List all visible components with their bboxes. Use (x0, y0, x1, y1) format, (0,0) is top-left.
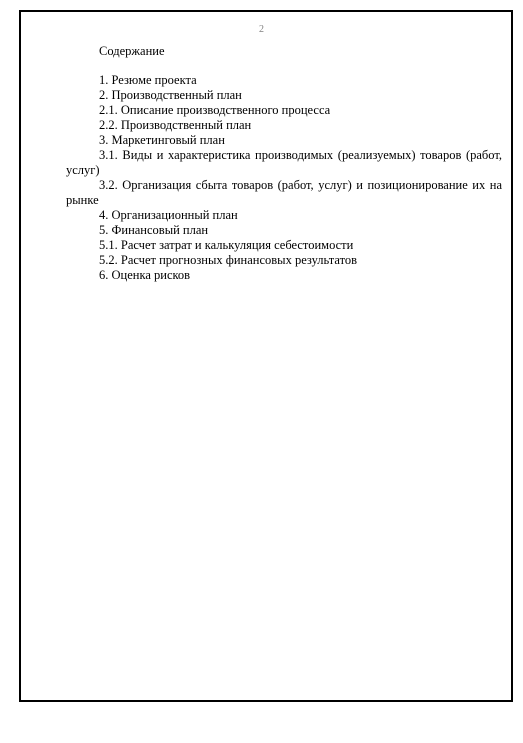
toc-item: 2.2. Производственный план (66, 118, 502, 133)
page-number: 2 (0, 24, 523, 36)
toc-item: 1. Резюме проекта (66, 73, 502, 88)
toc-item: 3.2. Организация сбыта товаров (работ, у… (66, 178, 502, 208)
document-content: Содержание 1. Резюме проекта 2. Производ… (66, 44, 502, 283)
toc-item: 5.2. Расчет прогнозных финансовых резуль… (66, 253, 502, 268)
toc-item: 5. Финансовый план (66, 223, 502, 238)
toc-item: 4. Организационный план (66, 208, 502, 223)
toc-item: 6. Оценка рисков (66, 268, 502, 283)
toc-item: 2.1. Описание производственного процесса (66, 103, 502, 118)
toc-item: 5.1. Расчет затрат и калькуляция себесто… (66, 238, 502, 253)
toc-item: 3.1. Виды и характеристика производимых … (66, 148, 502, 178)
toc-title: Содержание (66, 44, 502, 59)
toc-item: 2. Производственный план (66, 88, 502, 103)
table-of-contents: 1. Резюме проекта 2. Производственный пл… (66, 73, 502, 283)
toc-item: 3. Маркетинговый план (66, 133, 502, 148)
